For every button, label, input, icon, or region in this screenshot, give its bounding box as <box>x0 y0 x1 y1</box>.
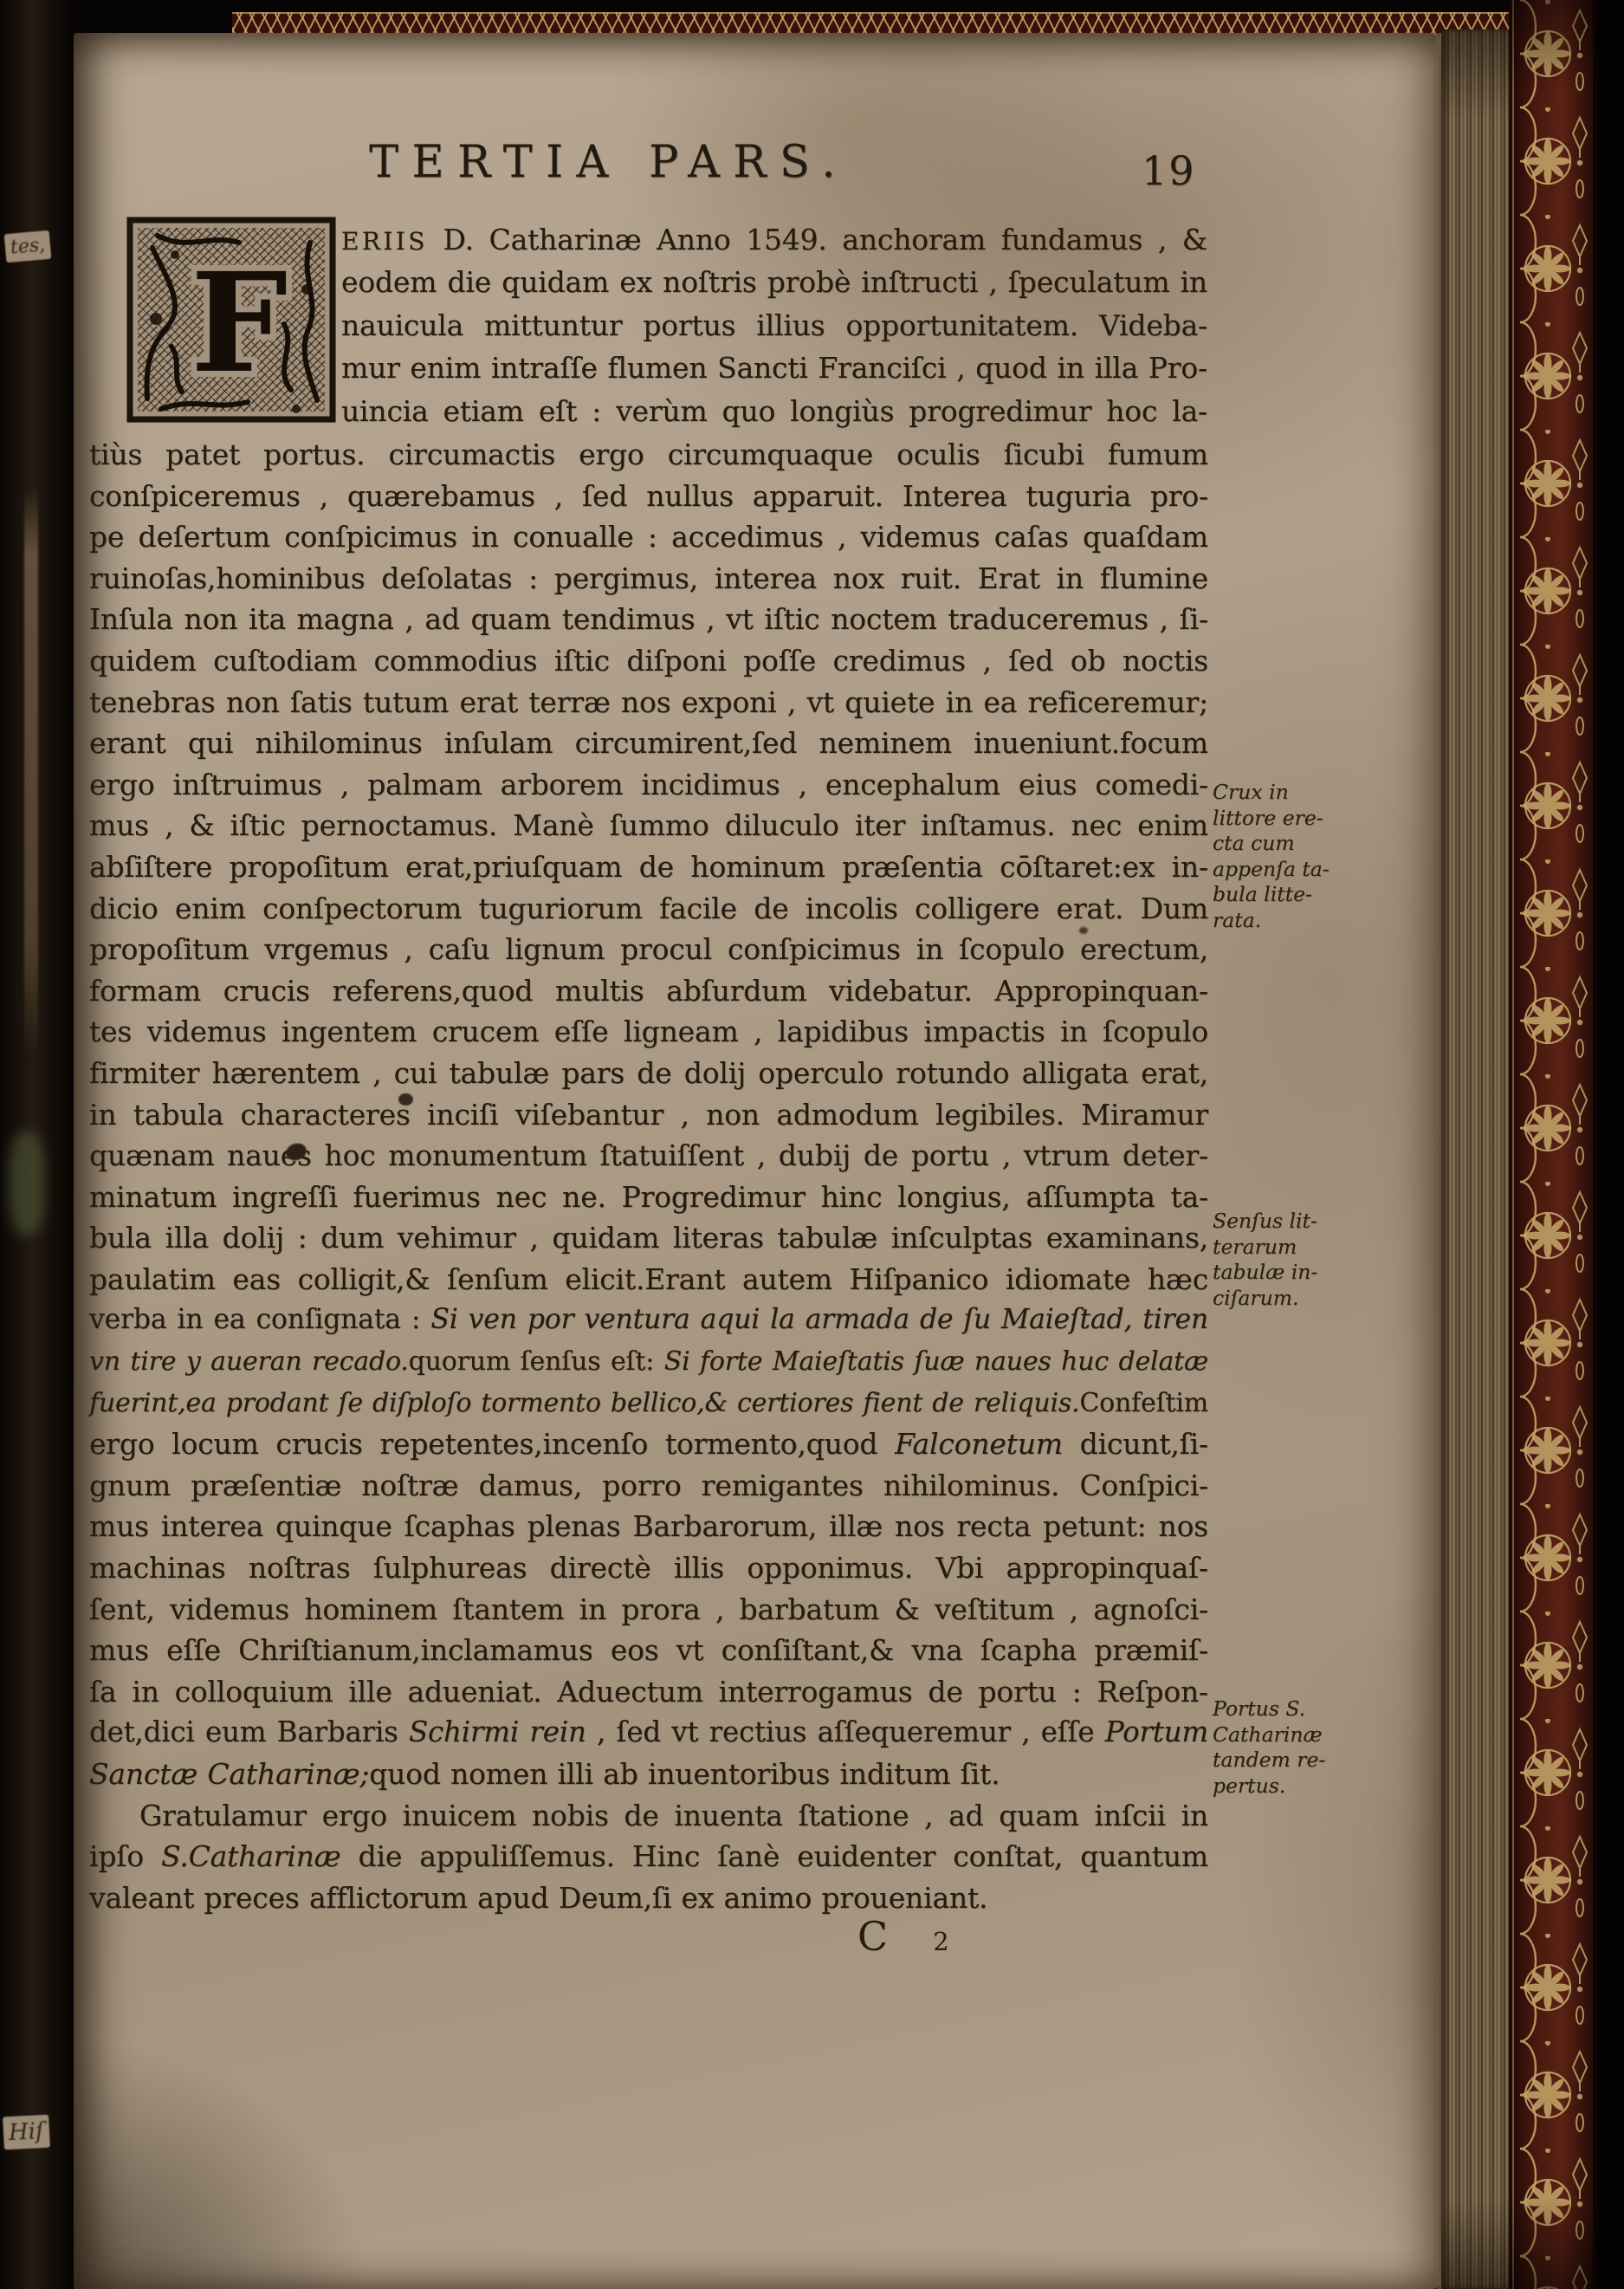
signature-number: 2 <box>933 1927 948 1956</box>
text-segment: Falconetum <box>895 1427 1063 1461</box>
text-line: Sanctæ Catharinæ;quod nomen illi ab inue… <box>89 1754 1208 1795</box>
text-line: propoſitum vrgemus , caſu lignum procul … <box>89 929 1208 970</box>
text-line: quidem cuſtodiam commodius iſtic diſponi… <box>89 640 1208 682</box>
text-segment: dicunt,ſi- <box>1063 1427 1208 1461</box>
text-line: mus interea quinque ſcaphas plenas Barba… <box>89 1506 1208 1547</box>
page-right-edge <box>1434 33 1441 2289</box>
margin-note-line: bula litte- <box>1213 882 1344 908</box>
margin-note-line: Senſus lit- <box>1213 1209 1344 1235</box>
text-line: quænam naues hoc monumentum ſtatuiſſent … <box>89 1135 1208 1177</box>
left-edge-fragment: Hiſ <box>3 2115 50 2150</box>
signature-letter: C <box>857 1913 888 1960</box>
text-segment: in tabula characteres inciſi viſebantur … <box>89 1098 1208 1132</box>
text-segment: Schirmi rein <box>409 1715 586 1748</box>
text-segment: valeant preces afflictorum apud Deum,ſi … <box>89 1881 987 1915</box>
text-segment: Si ven por ventura aqui la armada de ſu … <box>430 1304 1208 1335</box>
text-segment: pe deſertum conſpicimus in conualle : ac… <box>89 520 1208 554</box>
text-line: Gratulamur ergo inuicem nobis de inuenta… <box>89 1795 1208 1837</box>
margin-note-line: rata. <box>1213 908 1344 934</box>
text-segment: bula illa dolij : dum vehimur , quidam l… <box>89 1221 1208 1255</box>
text-line: paulatim eas colligit,& ſenſum elicit.Er… <box>89 1259 1208 1300</box>
margin-note-line: terarum <box>1213 1235 1344 1261</box>
margin-note-line: ciſarum. <box>1213 1286 1344 1312</box>
text-line: machinas noſtras ſulphureas directè illi… <box>89 1547 1208 1589</box>
text-line: ruinoſas,hominibus deſolatas : pergimus,… <box>89 558 1208 600</box>
margin-note-portus: Portus S.Catharinætandem re-pertus. <box>1213 1696 1344 1799</box>
text-line: mur enim intraſſe flumen Sancti Franciſc… <box>341 347 1207 389</box>
text-segment: mur enim intraſſe flumen Sancti Franciſc… <box>341 351 1207 385</box>
text-segment: ſent, videmus hominem ſtantem in prora ,… <box>89 1592 1208 1626</box>
margin-note-line: cta cum <box>1213 831 1344 857</box>
margin-note-line: pertus. <box>1213 1773 1344 1799</box>
text-line: fuerint,ea prodant ſe diſploſo tormento … <box>89 1383 1208 1424</box>
margin-note-crux: Crux inlittore ere-cta cumappenſa ta-bul… <box>1213 780 1344 933</box>
text-line: Inſula non ita magna , ad quam tendimus … <box>89 599 1208 640</box>
text-segment: Si forte Maieſtatis ſuæ naues huc delatæ <box>664 1346 1208 1377</box>
text-segment: quidem cuſtodiam commodius iſtic diſponi… <box>89 644 1208 678</box>
text-segment: verba in ea conſignata : <box>89 1304 430 1335</box>
opening-paragraph-lines: ERIIS D. Catharinæ Anno 1549. anchoram f… <box>341 218 1207 432</box>
text-line: ſent, videmus hominem ſtantem in prora ,… <box>89 1589 1208 1631</box>
woodcut-initial: F F <box>126 217 336 426</box>
text-line: uincia etiam eſt : verùm quo longiùs pro… <box>341 390 1207 432</box>
text-line: ERIIS D. Catharinæ Anno 1549. anchoram f… <box>341 218 1207 261</box>
text-segment: conſpiceremus , quærebamus , ſed nullus … <box>89 479 1208 513</box>
text-line: minatum ingreſſi fuerimus nec ne. Progre… <box>89 1177 1208 1218</box>
text-line: bula illa dolij : dum vehimur , quidam l… <box>89 1217 1208 1259</box>
running-head: TERTIA PARS. <box>89 137 1129 188</box>
text-segment: mus , & iſtic pernoctamus. Manè ſummo di… <box>89 808 1208 842</box>
text-line: verba in ea conſignata : Si ven por vent… <box>89 1300 1208 1341</box>
text-line: erant qui nihilominus inſulam circumiren… <box>89 723 1208 764</box>
text-line: dicio enim conſpectorum tuguriorum facil… <box>89 888 1208 930</box>
text-segment: Confeſtim <box>1079 1388 1208 1418</box>
text-segment: firmiter hærentem , cui tabulæ pars de d… <box>89 1056 1208 1090</box>
text-segment: erant qui nihilominus inſulam circumiren… <box>89 726 1208 760</box>
text-segment: mus eſſe Chriſtianum,inclamamus eos vt c… <box>89 1633 1208 1667</box>
text-line: conſpiceremus , quærebamus , ſed nullus … <box>89 476 1208 517</box>
text-line: abſiſtere propoſitum erat,priuſquam de h… <box>89 846 1208 888</box>
text-segment: ergo locum crucis repetentes,incenſo tor… <box>89 1427 895 1461</box>
text-segment: D. Catharinæ Anno 1549. anchoram fundamu… <box>428 223 1207 256</box>
text-line: gnum præſentiæ noſtræ damus, porro remig… <box>89 1465 1208 1507</box>
ink-blot <box>398 1093 413 1106</box>
text-segment: propoſitum vrgemus , caſu lignum procul … <box>89 932 1208 966</box>
text-segment: tenebras non ſatis tutum erat terræ nos … <box>89 685 1208 719</box>
ink-blot <box>1079 927 1088 934</box>
text-line: tes videmus ingentem crucem eſſe ligneam… <box>89 1011 1208 1053</box>
margin-note-line: littore ere- <box>1213 806 1344 832</box>
text-segment: uincia etiam eſt : verùm quo longiùs pro… <box>341 394 1207 428</box>
text-segment: ſa in colloquium ille adueniat. Aduectum… <box>89 1675 1208 1709</box>
body-text: tiùs patet portus. circumactis ergo circ… <box>89 434 1208 1918</box>
text-line: ſa in colloquium ille adueniat. Aduectum… <box>89 1671 1208 1713</box>
text-segment: quod nomen illi ab inuentoribus inditum … <box>369 1757 1000 1791</box>
text-segment: paulatim eas colligit,& ſenſum elicit.Er… <box>89 1262 1208 1296</box>
page-number: 19 <box>1142 147 1196 194</box>
margin-note-line: appenſa ta- <box>1213 857 1344 883</box>
text-segment: ergo inſtruimus , palmam arborem incidim… <box>89 768 1208 801</box>
text-segment: Portum <box>1105 1715 1208 1748</box>
text-segment: Inſula non ita magna , ad quam tendimus … <box>89 602 1208 636</box>
text-line: in tabula characteres inciſi viſebantur … <box>89 1094 1208 1136</box>
left-page-edge-strip <box>24 485 38 1057</box>
text-segment: dicio enim conſpectorum tuguriorum facil… <box>89 892 1208 925</box>
text-segment: Sanctæ Catharinæ; <box>89 1757 369 1791</box>
text-line: nauicula mittuntur portus illius opportu… <box>341 304 1207 347</box>
text-line: firmiter hærentem , cui tabulæ pars de d… <box>89 1053 1208 1094</box>
text-line: formam crucis referens,quod multis abſur… <box>89 970 1208 1012</box>
text-line: tenebras non ſatis tutum erat terræ nos … <box>89 682 1208 723</box>
text-line: vn tire y aueran recado.quorum ſenſus eſ… <box>89 1341 1208 1383</box>
text-segment: die appuliſſemus. Hinc ſanè euidenter co… <box>340 1839 1208 1873</box>
text-segment: vn tire y aueran recado. <box>89 1346 409 1377</box>
text-line: ergo inſtruimus , palmam arborem incidim… <box>89 764 1208 806</box>
text-segment: Gratulamur ergo inuicem nobis de inuenta… <box>89 1799 1208 1832</box>
text-line: ergo locum crucis repetentes,incenſo tor… <box>89 1423 1208 1465</box>
text-line: det,dici eum Barbaris Schirmi rein , ſed… <box>89 1712 1208 1754</box>
text-segment: mus interea quinque ſcaphas plenas Barba… <box>89 1509 1208 1543</box>
initial-letter: F <box>191 243 288 404</box>
text-line: eodem die quidam ex noſtris probè inſtru… <box>341 261 1207 303</box>
text-line: ipſo S.Catharinæ die appuliſſemus. Hinc … <box>89 1836 1208 1877</box>
text-line: pe deſertum conſpicimus in conualle : ac… <box>89 516 1208 558</box>
text-segment: eodem die quidam ex noſtris probè inſtru… <box>341 265 1207 299</box>
text-segment: minatum ingreſſi fuerimus nec ne. Progre… <box>89 1180 1208 1214</box>
text-segment: abſiſtere propoſitum erat,priuſquam de h… <box>89 850 1208 884</box>
text-segment: quorum ſenſus eſt: <box>409 1346 664 1377</box>
text-segment: det,dici eum Barbaris <box>89 1715 409 1748</box>
margin-note-sensus: Senſus lit-terarumtabulæ in-ciſarum. <box>1213 1209 1344 1311</box>
margin-note-line: tabulæ in- <box>1213 1260 1344 1286</box>
text-line: tiùs patet portus. circumactis ergo circ… <box>89 434 1208 476</box>
margin-note-line: Portus S. <box>1213 1696 1344 1722</box>
text-segment: ipſo <box>89 1839 161 1873</box>
fore-edge-page-stack <box>1441 29 1509 2289</box>
text-segment: ERIIS <box>341 227 428 256</box>
text-segment: quænam naues hoc monumentum ſtatuiſſent … <box>89 1138 1208 1172</box>
signature-mark: C2 <box>857 1913 949 1960</box>
text-segment: tes videmus ingentem crucem eſſe ligneam… <box>89 1015 1208 1048</box>
text-line: mus , & iſtic pernoctamus. Manè ſummo di… <box>89 805 1208 846</box>
text-segment: S.Catharinæ <box>161 1839 340 1873</box>
text-segment: machinas noſtras ſulphureas directè illi… <box>89 1551 1208 1585</box>
text-segment: gnum præſentiæ noſtræ damus, porro remig… <box>89 1469 1208 1502</box>
margin-note-line: Catharinæ <box>1213 1722 1344 1748</box>
text-line: valeant preces afflictorum apud Deum,ſi … <box>89 1877 1208 1919</box>
text-segment: fuerint,ea prodant ſe diſploſo tormento … <box>89 1388 1079 1418</box>
margin-note-line: tandem re- <box>1213 1748 1344 1773</box>
text-segment: , ſed vt rectius aſſequeremur , eſſe <box>586 1715 1105 1748</box>
left-edge-smudge <box>9 1132 45 1235</box>
text-segment: nauicula mittuntur portus illius opportu… <box>341 308 1207 342</box>
book-scan: tes, Hiſ TERTIA PARS. 19 <box>0 0 1624 2289</box>
text-segment: formam crucis referens,quod multis abſur… <box>89 974 1208 1008</box>
text-segment: tiùs patet portus. circumactis ergo circ… <box>89 438 1208 471</box>
text-line: mus eſſe Chriſtianum,inclamamus eos vt c… <box>89 1630 1208 1671</box>
text-segment: ruinoſas,hominibus deſolatas : pergimus,… <box>89 561 1208 595</box>
margin-note-line: Crux in <box>1213 780 1344 806</box>
gilt-leather-border <box>1509 0 1597 2289</box>
left-edge-fragment: tes, <box>4 230 52 263</box>
background-right <box>1597 0 1624 2289</box>
